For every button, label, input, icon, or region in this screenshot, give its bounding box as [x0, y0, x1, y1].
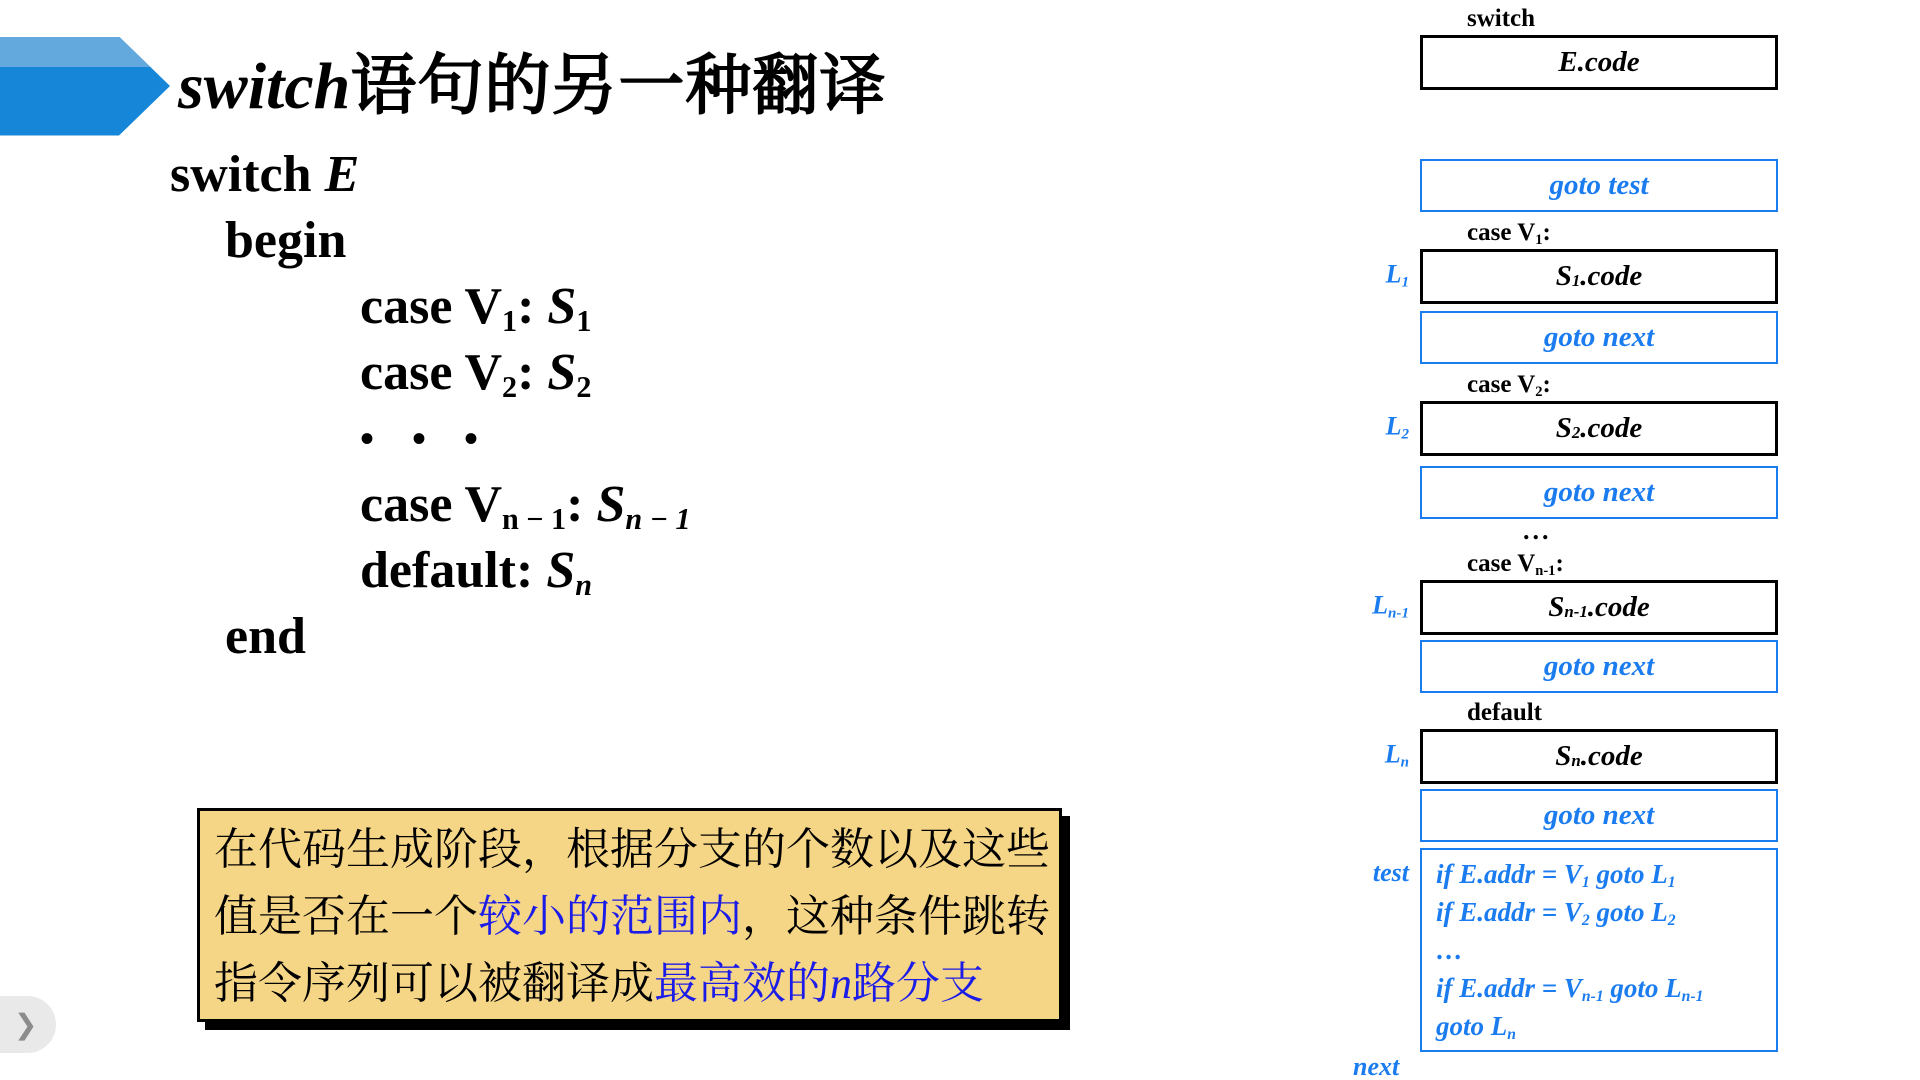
- note-line-3: 指令序列可以被翻译成最高效的n路分支: [214, 950, 1045, 1017]
- text-segment: 2: [1401, 426, 1409, 442]
- ln-label: Ln: [1345, 739, 1409, 769]
- text-segment: S: [596, 476, 625, 533]
- text-segment: L: [1386, 411, 1402, 440]
- case-v2-label: case V2:: [1345, 368, 1805, 401]
- generated-code-layout-diagram: switchE.codegoto testcase V1:L1S1.codego…: [1345, 0, 1805, 1080]
- text-segment: goto next: [1544, 799, 1654, 832]
- text-segment: goto L: [1590, 897, 1668, 927]
- case-vn1-label-row: case Vn-1:: [1345, 547, 1805, 580]
- text-segment: 2: [1582, 912, 1590, 929]
- text-segment: S: [547, 344, 576, 401]
- text-segment: 2: [1668, 912, 1676, 929]
- text-segment: 1: [1535, 232, 1542, 248]
- s2-code-box-row: L2S2.code: [1345, 401, 1805, 456]
- text-segment: :: [1543, 219, 1551, 246]
- text-segment: next: [1353, 1052, 1399, 1080]
- text-segment: switch: [170, 146, 325, 203]
- text-segment: :: [1543, 371, 1551, 398]
- text-segment: 2: [576, 370, 591, 404]
- goto-next-box-3: goto next: [1420, 640, 1778, 693]
- text-segment: goto L: [1436, 1011, 1507, 1041]
- text-segment: end: [225, 608, 306, 665]
- text-segment: if E.addr = V: [1436, 897, 1582, 927]
- text-segment: n-1: [1582, 988, 1604, 1005]
- diagram-ellipsis-row: ...: [1345, 521, 1805, 545]
- code-line-end: end: [225, 604, 691, 670]
- switch-label-row: switch: [1345, 2, 1805, 35]
- text-segment: L: [1372, 590, 1388, 619]
- text-segment: 2: [1535, 384, 1542, 400]
- diagram-ellipsis: ...: [1345, 521, 1805, 545]
- sn-code-box: Sn.code: [1420, 729, 1778, 784]
- code-line-default: default: Sn: [360, 538, 691, 604]
- text-segment: • • •: [360, 416, 492, 461]
- case-v2-label-row: case V2:: [1345, 368, 1805, 401]
- text-segment: S: [1555, 740, 1571, 773]
- text-segment: case V: [360, 278, 502, 335]
- switch-label: switch: [1345, 2, 1805, 35]
- title-arrow-decoration: [0, 37, 170, 136]
- l2-label: L2: [1345, 411, 1409, 441]
- test-code-box-line-5: goto Ln: [1436, 1007, 1776, 1045]
- sn1-code-box-row: Ln-1Sn-1.code: [1345, 580, 1805, 635]
- text-segment: ...: [1523, 516, 1552, 545]
- goto-next-box-4-row: goto next: [1345, 789, 1805, 842]
- goto-test-box: goto test: [1420, 159, 1778, 212]
- text-segment: goto next: [1544, 650, 1654, 683]
- text-segment: case V: [1467, 219, 1535, 246]
- goto-next-box-1-row: goto next: [1345, 311, 1805, 364]
- note-line-1: 在代码生成阶段，根据分支的个数以及这些: [214, 816, 1045, 883]
- goto-next-box-1: goto next: [1420, 311, 1778, 364]
- goto-next-box-2: goto next: [1420, 466, 1778, 519]
- goto-next-box-4: goto next: [1420, 789, 1778, 842]
- text-segment: default:: [360, 542, 546, 599]
- case-v1-label-row: case V1:: [1345, 216, 1805, 249]
- text-segment: goto test: [1549, 169, 1648, 202]
- next-label: next: [1345, 1054, 1805, 1080]
- text-segment: 1: [576, 304, 591, 338]
- test-code-box-line-4: if E.addr = Vn-1 goto Ln-1: [1436, 969, 1776, 1007]
- text-segment: n-1: [1535, 563, 1555, 579]
- text-segment: :: [566, 476, 596, 533]
- s1-code-box: S1.code: [1420, 249, 1778, 304]
- text-segment: 较小的范围内: [478, 892, 742, 941]
- next-slide-button[interactable]: ❯: [0, 996, 56, 1053]
- text-segment: .code: [1588, 591, 1650, 624]
- text-segment: 在代码生成阶段，根据分支的个数以及这些: [214, 825, 1050, 874]
- goto-test-box-row: goto test: [1345, 159, 1805, 212]
- test-code-box-line-1: if E.addr = V1 goto L1: [1436, 855, 1776, 893]
- title-arrow-highlight: [0, 37, 170, 68]
- e-code-box-row: E.code: [1345, 35, 1805, 90]
- case-v1-label: case V1:: [1345, 216, 1805, 249]
- goto-next-box-3-row: goto next: [1345, 640, 1805, 693]
- text-segment: case V: [360, 476, 502, 533]
- text-segment: if E.addr = V: [1436, 973, 1582, 1003]
- text-segment: S: [1556, 260, 1572, 293]
- text-segment: n-1: [1388, 605, 1409, 621]
- chevron-right-icon: ❯: [14, 1011, 37, 1039]
- text-segment: S: [546, 542, 575, 599]
- text-segment: .code: [1580, 412, 1642, 445]
- test-label: test: [1345, 858, 1409, 888]
- text-segment: :: [1555, 550, 1563, 577]
- l1-label: L1: [1345, 259, 1409, 289]
- text-segment: .code: [1581, 740, 1643, 773]
- text-segment: goto next: [1544, 321, 1654, 354]
- text-segment: …: [1436, 935, 1463, 965]
- text-segment: n − 1: [502, 502, 566, 536]
- text-segment: :: [517, 278, 547, 335]
- default-label-row: default: [1345, 696, 1805, 729]
- text-segment: E.code: [1558, 46, 1639, 79]
- text-segment: 最高效的: [654, 959, 830, 1008]
- text-segment: 指令序列可以被翻译成: [214, 959, 654, 1008]
- text-segment: S: [1556, 412, 1572, 445]
- default-label: default: [1345, 696, 1805, 729]
- text-segment: n − 1: [625, 502, 690, 536]
- text-segment: 1: [502, 304, 517, 338]
- test-code-box-row: testif E.addr = V1 goto L1if E.addr = V2…: [1345, 848, 1805, 1052]
- test-code-box-line-3: …: [1436, 931, 1776, 969]
- text-segment: goto L: [1590, 859, 1668, 889]
- text-segment: case V: [360, 344, 502, 401]
- text-segment: default: [1467, 699, 1542, 726]
- text-segment: E: [325, 146, 360, 203]
- text-segment: n: [1401, 754, 1409, 770]
- ln1-label: Ln-1: [1345, 590, 1409, 620]
- sn1-code-box: Sn-1.code: [1420, 580, 1778, 635]
- text-segment: goto L: [1604, 973, 1682, 1003]
- case-vn1-label: case Vn-1:: [1345, 547, 1805, 580]
- text-segment: test: [1373, 858, 1409, 887]
- text-segment: n: [1507, 1026, 1516, 1043]
- code-line-case-2: case V2: S2: [360, 340, 691, 406]
- text-segment: case V: [1467, 550, 1535, 577]
- text-segment: 值是否在一个: [214, 892, 478, 941]
- text-segment: begin: [225, 212, 346, 269]
- code-line-case-n-1: case Vn − 1: Sn − 1: [360, 472, 691, 538]
- text-segment: n: [830, 959, 852, 1008]
- next-label-row: next: [1345, 1054, 1805, 1080]
- text-segment: .code: [1580, 260, 1642, 293]
- text-segment: 路分支: [852, 959, 984, 1008]
- pseudocode-block: switch Ebegincase V1: S1case V2: S2• • •…: [170, 142, 691, 670]
- s1-code-box-row: L1S1.code: [1345, 249, 1805, 304]
- note-box: 在代码生成阶段，根据分支的个数以及这些值是否在一个较小的范围内，这种条件跳转指令…: [197, 808, 1062, 1022]
- title-row: switch语句的另一种翻译: [0, 36, 886, 136]
- text-segment: 1: [1401, 274, 1409, 290]
- e-code-box: E.code: [1420, 35, 1778, 90]
- text-segment: 1: [1582, 874, 1590, 891]
- code-line-switch: switch E: [170, 142, 691, 208]
- text-segment: if E.addr = V: [1436, 859, 1582, 889]
- text-segment: 1: [1668, 874, 1676, 891]
- text-segment: ，这种条件跳转: [742, 892, 1050, 941]
- code-line-ellipsis: • • •: [360, 406, 691, 472]
- code-line-begin: begin: [225, 208, 691, 274]
- text-segment: 2: [502, 370, 517, 404]
- page-title: switch语句的另一种翻译: [178, 52, 886, 120]
- note-line-2: 值是否在一个较小的范围内，这种条件跳转: [214, 883, 1045, 950]
- text-segment: n: [575, 568, 592, 602]
- text-segment: S: [547, 278, 576, 335]
- text-segment: L: [1386, 259, 1402, 288]
- text-segment: case V: [1467, 371, 1535, 398]
- code-line-case-1: case V1: S1: [360, 274, 691, 340]
- text-segment: :: [517, 344, 547, 401]
- page-title-latin: switch: [178, 50, 350, 123]
- sn-code-box-row: LnSn.code: [1345, 729, 1805, 784]
- test-code-box-line-2: if E.addr = V2 goto L2: [1436, 893, 1776, 931]
- text-segment: S: [1548, 591, 1564, 624]
- text-segment: n-1: [1682, 988, 1704, 1005]
- page-title-cjk: 语句的另一种翻译: [350, 48, 886, 122]
- goto-next-box-2-row: goto next: [1345, 466, 1805, 519]
- s2-code-box: S2.code: [1420, 401, 1778, 456]
- slide: switch语句的另一种翻译 switch Ebegincase V1: S1c…: [0, 0, 1920, 1080]
- text-segment: goto next: [1544, 476, 1654, 509]
- text-segment: L: [1385, 739, 1401, 768]
- test-code-box: if E.addr = V1 goto L1if E.addr = V2 got…: [1420, 848, 1778, 1052]
- text-segment: switch: [1467, 5, 1535, 32]
